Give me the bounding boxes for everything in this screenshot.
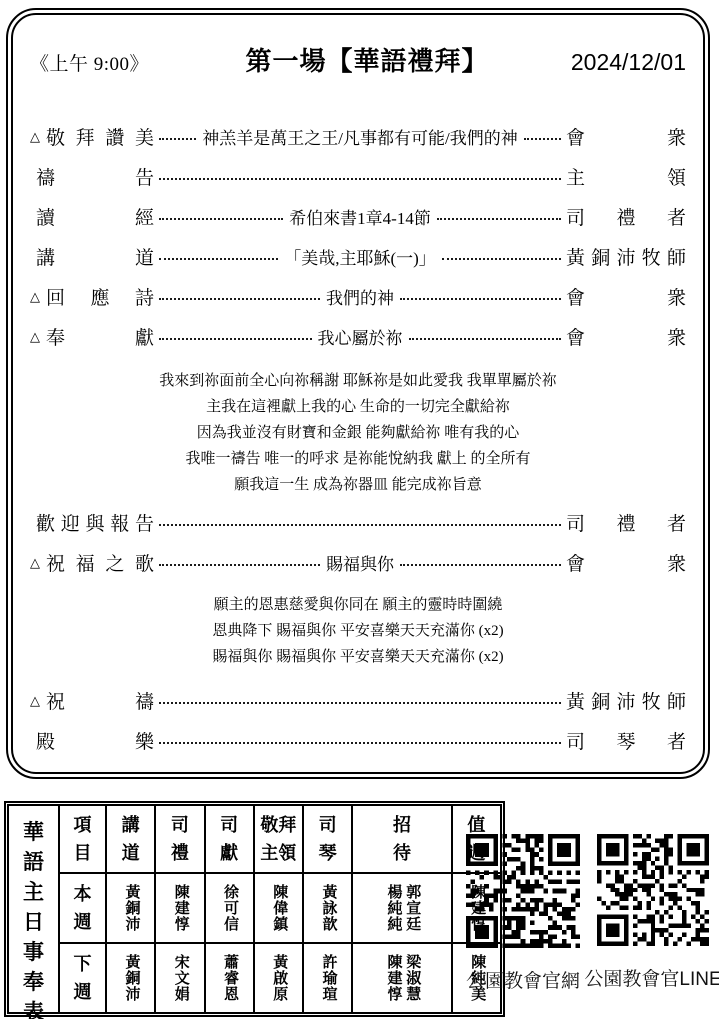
dotted-leader [400,298,561,300]
lyrics-block: 我來到祢面前全心向祢稱謝 耶穌祢是如此愛我 我單單屬於祢主我在這裡獻上我的心 生… [30,368,686,498]
qr-section-website: 公園教會官網 [457,834,589,993]
roster-row-label-text: 下週 [60,945,105,1011]
qr-code-line-icon [597,834,709,946]
label-char: 講 [36,243,55,270]
label-char: 告 [135,163,154,190]
person-name: 陳偉鎮 [271,884,287,932]
header-line: 獻 [220,844,238,862]
service-item-row: 殿樂司琴者 [30,728,686,752]
performer-char: 沛 [616,687,635,714]
service-item-song: 賜福與你 [325,550,395,575]
roster-name-cell: 黃銅沛 [106,943,155,1013]
service-item-label: △祝禱 [30,687,154,714]
service-item-row: 讀經希伯來書1章4-14節司禮者 [30,204,686,228]
label-char: 禱 [135,687,154,714]
person-name: 郭宣廷 [404,884,420,932]
lyrics-line: 因為我並沒有財寶和金銀 能夠獻給祢 唯有我的心 [30,420,686,446]
service-item-performer: 會衆 [566,323,686,350]
roster-name-cell: 陳建惇 [155,873,204,943]
duty-roster-body: 華語主日事奉表項目講道司禮司獻敬拜主領司琴招待值週本週黃銅沛陳建惇徐可信陳偉鎮黃… [8,805,501,1013]
performer-char: 衆 [667,549,686,576]
service-item-label-text: 敬拜讚美 [46,123,154,150]
header-line: 琴 [319,844,337,862]
roster-row-label: 下週 [59,943,106,1013]
label-char: 詩 [135,283,154,310]
performer-char: 禮 [617,203,636,230]
performer-char: 禮 [616,509,635,536]
label-char: 敬 [46,123,65,150]
performer-char: 師 [667,687,686,714]
dotted-leader [159,338,312,340]
roster-row-label-text: 本週 [60,875,105,941]
performer-char: 琴 [616,727,635,754]
dotted-leader [159,564,320,566]
service-order-card-inner: 《上午 9:00》 第一場【華語禮拜】 2024/12/01 △敬拜讚美神羔羊是… [11,13,705,774]
service-item-row: △奉獻我心屬於祢會衆 [30,324,686,348]
dotted-leader [159,218,283,220]
lyrics-line: 恩典降下 賜福與你 平安喜樂天天充滿你 (x2) [30,618,686,644]
label-char: 與 [85,509,104,536]
roster-title-char: 華 [23,816,44,846]
roster-name-cell: 黃詠歆 [303,873,352,943]
service-item-row: 講道「美哉,主耶穌(一)」黃銅沛牧師 [30,244,686,268]
performer-char: 司 [566,203,585,230]
performer-char: 會 [566,323,585,350]
performer-char: 牧 [642,687,661,714]
performer-char: 者 [667,727,686,754]
performer-char: 衆 [667,323,686,350]
label-char: 祝 [46,549,65,576]
service-item-song: 我們的神 [325,284,395,309]
lyrics-line: 賜福與你 賜福與你 平安喜樂天天充滿你 (x2) [30,644,686,670]
name-group: 黃詠歆 [304,884,351,932]
name-group: 陳建惇 [156,884,203,932]
roster-column-header: 項目 [59,805,106,873]
service-item-label-text: 講道 [36,243,154,270]
label-char: 道 [135,243,154,270]
header-line: 敬拜 [260,816,296,834]
roster-title-char: 日 [23,906,44,936]
person-name: 黃啟原 [271,954,287,1002]
roster-column-header: 敬拜主領 [254,805,303,873]
header-line: 主領 [260,844,296,862]
dotted-leader [409,338,562,340]
service-item-label: 殿樂 [30,727,154,754]
performer-char: 師 [667,243,686,270]
service-item-performer: 黃銅沛牧師 [566,687,686,714]
stand-triangle-icon: △ [30,556,46,569]
header-line: 值 [467,816,485,834]
roster-column-header-text: 敬拜主領 [255,806,302,872]
service-item-label: △奉獻 [30,323,154,350]
performer-char: 衆 [667,283,686,310]
roster-name-cell: 陳偉鎮 [254,873,303,943]
service-item-label: 讀經 [30,203,154,230]
label-char: 獻 [135,323,154,350]
service-order-list: △敬拜讚美神羔羊是萬王之王/凡事都有可能/我們的神會衆禱告主領讀經希伯來書1章4… [30,124,686,752]
roster-title-char: 奉 [23,966,44,996]
stand-triangle-icon: △ [30,290,46,303]
person-name: 陳建惇 [172,884,188,932]
row-label-line: 本 [74,885,92,903]
service-item-label-text: 讀經 [36,203,154,230]
service-item-performer: 司禮者 [566,203,686,230]
name-group: 楊純純郭宣廷 [353,884,451,932]
name-group: 黃銅沛 [107,884,154,932]
service-item-label: 歡迎與報告 [30,509,154,536]
lyrics-block: 願主的恩惠慈愛與你同在 願主的靈時時圍繞恩典降下 賜福與你 平安喜樂天天充滿你 … [30,592,686,670]
label-char: 迎 [61,509,80,536]
dotted-leader [159,702,561,704]
dotted-leader [524,138,561,140]
service-item-song: 希伯來書1章4-14節 [288,204,432,229]
roster-column-header-text: 項目 [60,806,105,872]
label-char: 美 [135,123,154,150]
service-item-song: 我心屬於祢 [317,324,404,349]
service-item-row: △回應詩我們的神會衆 [30,284,686,308]
person-name: 宋文娟 [172,954,188,1002]
name-group: 陳偉鎮 [255,884,302,932]
performer-char: 銅 [591,243,610,270]
dotted-leader [159,258,278,260]
roster-data-row: 下週黃銅沛宋文娟蕭睿恩黃啟原許瑜瑄陳建惇梁淑慧陳純美 [8,943,501,1013]
performer-char: 銅 [591,687,610,714]
service-title: 第一場【華語禮拜】 [180,41,554,78]
header-line: 目 [74,844,92,862]
roster-name-cell: 楊純純郭宣廷 [352,873,452,943]
person-name: 徐可信 [221,884,237,932]
label-char: 殿 [36,727,55,754]
performer-char: 會 [566,283,585,310]
roster-title-cell: 華語主日事奉表 [8,805,59,1013]
label-char: 歌 [135,549,154,576]
bulletin-page: 《上午 9:00》 第一場【華語禮拜】 2024/12/01 △敬拜讚美神羔羊是… [0,0,719,1019]
service-item-label-text: 奉獻 [46,323,154,350]
qr-section-line: 公園教會官LINE [587,834,719,991]
header-line: 司 [319,816,337,834]
performer-char: 牧 [642,243,661,270]
label-char: 告 [135,509,154,536]
duty-roster-table: 華語主日事奉表項目講道司禮司獻敬拜主領司琴招待值週本週黃銅沛陳建惇徐可信陳偉鎮黃… [4,801,505,1017]
roster-column-header: 招待 [352,805,452,873]
roster-name-cell: 許瑜瑄 [303,943,352,1013]
service-header: 《上午 9:00》 第一場【華語禮拜】 2024/12/01 [30,41,686,78]
service-order-card: 《上午 9:00》 第一場【華語禮拜】 2024/12/01 △敬拜讚美神羔羊是… [6,8,710,779]
performer-char: 衆 [667,123,686,150]
service-item-performer: 會衆 [566,549,686,576]
performer-char: 司 [566,727,585,754]
label-char: 奉 [46,323,65,350]
service-item-performer: 主領 [566,163,686,190]
label-char: 報 [110,509,129,536]
person-name: 梁淑慧 [404,954,420,1002]
roster-name-cell: 蕭睿恩 [205,943,254,1013]
name-group: 徐可信 [206,884,253,932]
dotted-leader [400,564,561,566]
service-item-performer: 會衆 [566,123,686,150]
name-group: 宋文娟 [156,954,203,1002]
service-item-row: 禱告主領 [30,164,686,188]
name-group: 黃啟原 [255,954,302,1002]
performer-char: 司 [566,509,585,536]
row-label-line: 週 [74,913,92,931]
qr-label-website: 公園教會官網 [466,966,580,993]
label-char: 讀 [36,203,55,230]
roster-column-header-text: 司獻 [206,806,253,872]
performer-char: 領 [667,163,686,190]
performer-char: 會 [566,123,585,150]
person-name: 陳建惇 [385,954,401,1002]
person-name: 黃銅沛 [123,954,139,1002]
lyrics-line: 我唯一禱告 唯一的呼求 是祢能悅納我 獻上 的全所有 [30,446,686,472]
label-char: 祝 [46,687,65,714]
roster-title-char: 語 [23,846,44,876]
label-char: 讚 [105,123,124,150]
header-line: 講 [122,816,140,834]
dotted-leader [159,298,320,300]
roster-name-cell: 宋文娟 [155,943,204,1013]
lyrics-line: 願主的恩惠慈愛與你同在 願主的靈時時圍繞 [30,592,686,618]
dotted-leader [437,218,561,220]
roster-title-char: 事 [23,936,44,966]
roster-name-cell: 徐可信 [205,873,254,943]
service-item-song: 神羔羊是萬王之王/凡事都有可能/我們的神 [201,124,518,149]
roster-column-header-text: 司禮 [156,806,203,872]
label-char: 回 [46,283,65,310]
dotted-leader [159,138,196,140]
person-name: 蕭睿恩 [221,954,237,1002]
roster-column-header-text: 司琴 [304,806,351,872]
dotted-leader [442,258,561,260]
service-item-label-text: 禱告 [36,163,154,190]
service-item-label: △回應詩 [30,283,154,310]
service-item-label: △祝福之歌 [30,549,154,576]
service-item-performer: 會衆 [566,283,686,310]
label-char: 禱 [36,163,55,190]
roster-column-header: 司琴 [303,805,352,873]
header-line: 禮 [171,844,189,862]
roster-column-header: 司禮 [155,805,204,873]
header-line: 司 [220,816,238,834]
qr-pattern [597,834,709,946]
name-group: 許瑜瑄 [304,954,351,1002]
header-line: 司 [171,816,189,834]
performer-char: 黃 [566,243,585,270]
person-name: 黃銅沛 [123,884,139,932]
qr-pattern [466,834,580,948]
service-date: 2024/12/01 [554,49,686,76]
label-char: 經 [135,203,154,230]
lyrics-line: 我來到祢面前全心向祢稱謝 耶穌祢是如此愛我 我單單屬於祢 [30,368,686,394]
roster-row-label: 本週 [59,873,106,943]
roster-title-text: 華語主日事奉表 [9,811,58,1007]
name-group: 陳建惇梁淑慧 [353,954,451,1002]
performer-char: 主 [566,163,585,190]
service-item-label-text: 祝福之歌 [46,549,154,576]
person-name: 許瑜瑄 [320,954,336,1002]
roster-data-row: 本週黃銅沛陳建惇徐可信陳偉鎮黃詠歆楊純純郭宣廷陳建惇 [8,873,501,943]
service-item-row: △祝福之歌賜福與你會衆 [30,550,686,574]
service-item-label: △敬拜讚美 [30,123,154,150]
label-char: 福 [76,549,95,576]
performer-char: 黃 [566,687,585,714]
performer-char: 者 [667,203,686,230]
performer-char: 會 [566,549,585,576]
stand-triangle-icon: △ [30,130,46,143]
service-item-label-text: 歡迎與報告 [36,509,154,536]
qr-label-line: 公園教會官LINE [584,964,719,991]
roster-name-cell: 黃啟原 [254,943,303,1013]
roster-column-header: 講道 [106,805,155,873]
person-name: 楊純純 [385,884,401,932]
roster-header-row: 華語主日事奉表項目講道司禮司獻敬拜主領司琴招待值週 [8,805,501,873]
roster-title-char: 表 [23,996,44,1019]
stand-triangle-icon: △ [30,694,46,707]
row-label-line: 週 [74,983,92,1001]
header-line: 待 [393,844,411,862]
header-line: 項 [74,816,92,834]
roster-title-char: 主 [23,876,44,906]
label-char: 歡 [36,509,55,536]
label-char: 樂 [135,727,154,754]
service-time: 《上午 9:00》 [30,49,180,76]
dotted-leader [159,524,561,526]
roster-column-header-text: 招待 [353,806,451,872]
person-name: 黃詠歆 [320,884,336,932]
service-item-performer: 司琴者 [566,727,686,754]
label-char: 拜 [76,123,95,150]
stand-triangle-icon: △ [30,330,46,343]
service-item-label: 講道 [30,243,154,270]
service-item-performer: 黃銅沛牧師 [566,243,686,270]
header-line: 道 [122,844,140,862]
header-line: 招 [393,816,411,834]
service-item-label-text: 祝禱 [46,687,154,714]
service-item-row: 歡迎與報告司禮者 [30,510,686,534]
row-label-line: 下 [74,955,92,973]
service-item-row: △祝禱黃銅沛牧師 [30,688,686,712]
service-item-label-text: 殿樂 [36,727,154,754]
lyrics-line: 主我在這裡獻上我的心 生命的一切完全獻給祢 [30,394,686,420]
dotted-leader [159,742,561,744]
name-group: 蕭睿恩 [206,954,253,1002]
label-char: 應 [90,283,109,310]
service-item-performer: 司禮者 [566,509,686,536]
roster-column-header-text: 講道 [107,806,154,872]
roster-name-cell: 黃銅沛 [106,873,155,943]
label-char: 之 [105,549,124,576]
performer-char: 者 [667,509,686,536]
service-item-label: 禱告 [30,163,154,190]
roster-name-cell: 陳建惇梁淑慧 [352,943,452,1013]
roster-column-header: 司獻 [205,805,254,873]
service-item-song: 「美哉,主耶穌(一)」 [283,244,437,269]
qr-code-website-icon [466,834,580,948]
dotted-leader [159,178,561,180]
service-item-label-text: 回應詩 [46,283,154,310]
performer-char: 沛 [616,243,635,270]
name-group: 黃銅沛 [107,954,154,1002]
service-item-row: △敬拜讚美神羔羊是萬王之王/凡事都有可能/我們的神會衆 [30,124,686,148]
lyrics-line: 願我這一生 成為祢器皿 能完成祢旨意 [30,472,686,498]
